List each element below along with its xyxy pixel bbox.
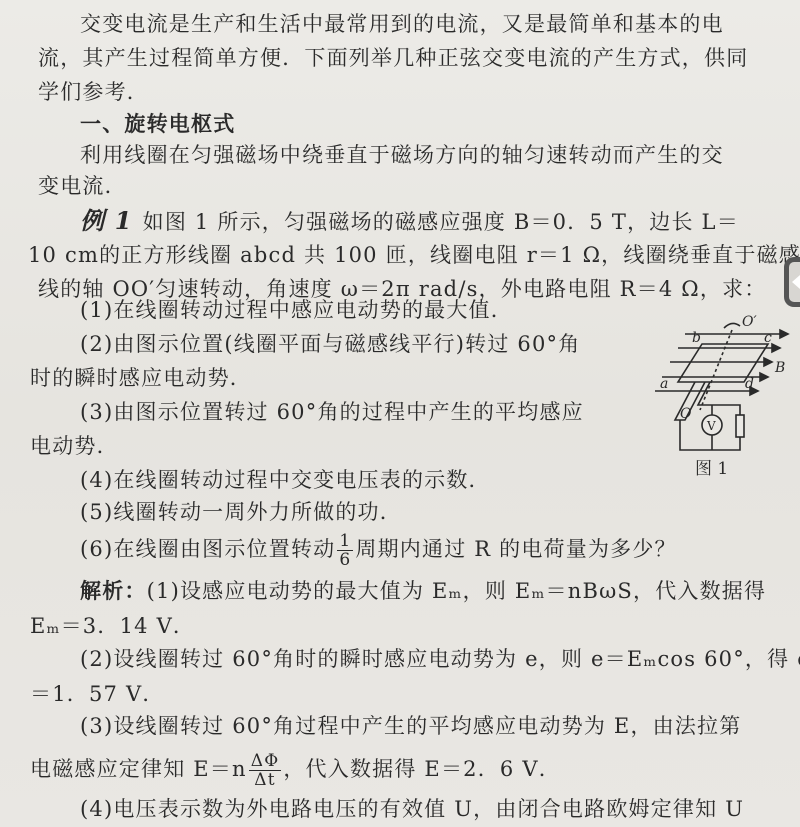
intro-line-1: 交变电流是生产和生活中最常用到的电流，又是最简单和基本的电 xyxy=(80,10,724,38)
question-3-line-1: (3)由图示位置转过 60°角的过程中产生的平均感应 xyxy=(80,398,584,426)
section-desc-line-1: 利用线圈在匀强磁场中绕垂直于磁场方向的轴匀速转动而产生的交 xyxy=(80,141,724,169)
solution-1-line-2: Eₘ＝3．14 V． xyxy=(30,612,195,640)
question-4: (4)在线圈转动过程中交变电压表的示数． xyxy=(80,466,491,494)
figure-caption: 图 1 xyxy=(695,454,728,479)
label-B: B xyxy=(774,360,785,376)
example-text: 如图 1 所示，匀强磁场的磁感应强度 B＝0．5 T，边长 L＝ xyxy=(143,210,739,234)
example-line-2: 10 cm的正方形线圈 abcd 共 100 匝，线圈电阻 r＝1 Ω，线圈绕垂… xyxy=(28,241,800,269)
document-page: 交变电流是生产和生活中最常用到的电流，又是最简单和基本的电 流，其产生过程简单方… xyxy=(0,0,800,827)
fraction-numerator: 1 xyxy=(337,532,353,551)
solution-1-text: (1)设感应电动势的最大值为 Eₘ，则 Eₘ＝nBωS，代入数据得 xyxy=(147,579,767,603)
question-2-line-1: (2)由图示位置(线圈平面与磁感线平行)转过 60°角 xyxy=(80,330,580,358)
side-collapse-tab[interactable] xyxy=(784,257,800,307)
label-c: c xyxy=(764,330,772,346)
solution-3-pre: 电磁感应定律知 E＝n xyxy=(30,757,247,781)
example-label: 例 1 xyxy=(80,206,133,235)
intro-line-2: 流，其产生过程简单方便．下面列举几种正弦交变电流的产生方式，供同 xyxy=(38,44,748,72)
solution-2-line-1: (2)设线圈转过 60°角时的瞬时感应电动势为 e，则 e＝Eₘcos 60°，… xyxy=(80,645,800,673)
question-1: (1)在线圈转动过程中感应电动势的最大值． xyxy=(80,296,513,324)
section-heading: 一、旋转电枢式 xyxy=(80,110,235,138)
question-3-line-2: 电动势． xyxy=(30,432,119,460)
label-O: O xyxy=(680,406,692,422)
label-d: d xyxy=(745,376,754,392)
solution-3-line-2: 电磁感应定律知 E＝nΔΦΔt，代入数据得 E＝2．6 V． xyxy=(30,752,561,789)
question-6-pre: (6)在线圈由图示位置转动 xyxy=(80,537,335,561)
question-5: (5)线圈转动一周外力所做的功． xyxy=(80,498,402,526)
solution-3-line-1: (3)设线圈转过 60°角过程中产生的平均感应电动势为 E，由法拉第 xyxy=(80,712,741,740)
section-desc-line-2: 变电流． xyxy=(38,172,127,200)
intro-line-3: 学们参考． xyxy=(38,78,149,106)
example-line-1: 例 1如图 1 所示，匀强磁场的磁感应强度 B＝0．5 T，边长 L＝ xyxy=(80,207,739,236)
fraction-numerator: ΔΦ xyxy=(249,752,282,771)
solution-2-line-2: ＝1．57 V． xyxy=(30,680,165,708)
fraction-denominator: 6 xyxy=(339,551,351,569)
solution-3-post: ，代入数据得 E＝2．6 V． xyxy=(283,757,561,781)
chevron-left-icon xyxy=(792,275,800,289)
solution-4-line-1: (4)电压表示数为外电路电压的有效值 U，由闭合电路欧姆定律知 U xyxy=(80,795,744,823)
solution-label: 解析： xyxy=(80,579,147,603)
label-O-prime: O′ xyxy=(742,314,757,330)
label-a: a xyxy=(660,376,668,392)
fraction-delta-phi-over-delta-t: ΔΦΔt xyxy=(249,752,282,789)
fraction-one-sixth: 16 xyxy=(337,532,353,569)
question-6: (6)在线圈由图示位置转动16周期内通过 R 的电荷量为多少？ xyxy=(80,532,677,569)
label-b: b xyxy=(692,330,701,346)
solution-1-line-1: 解析：(1)设感应电动势的最大值为 Eₘ，则 Eₘ＝nBωS，代入数据得 xyxy=(80,577,766,605)
question-6-post: 周期内通过 R 的电荷量为多少？ xyxy=(355,537,676,561)
voltmeter-label: V xyxy=(706,419,716,433)
fraction-denominator: Δt xyxy=(254,771,276,789)
question-2-line-2: 时的瞬时感应电动势． xyxy=(30,364,252,392)
figure-1-diagram: b c B a d O O′ V xyxy=(640,300,790,480)
